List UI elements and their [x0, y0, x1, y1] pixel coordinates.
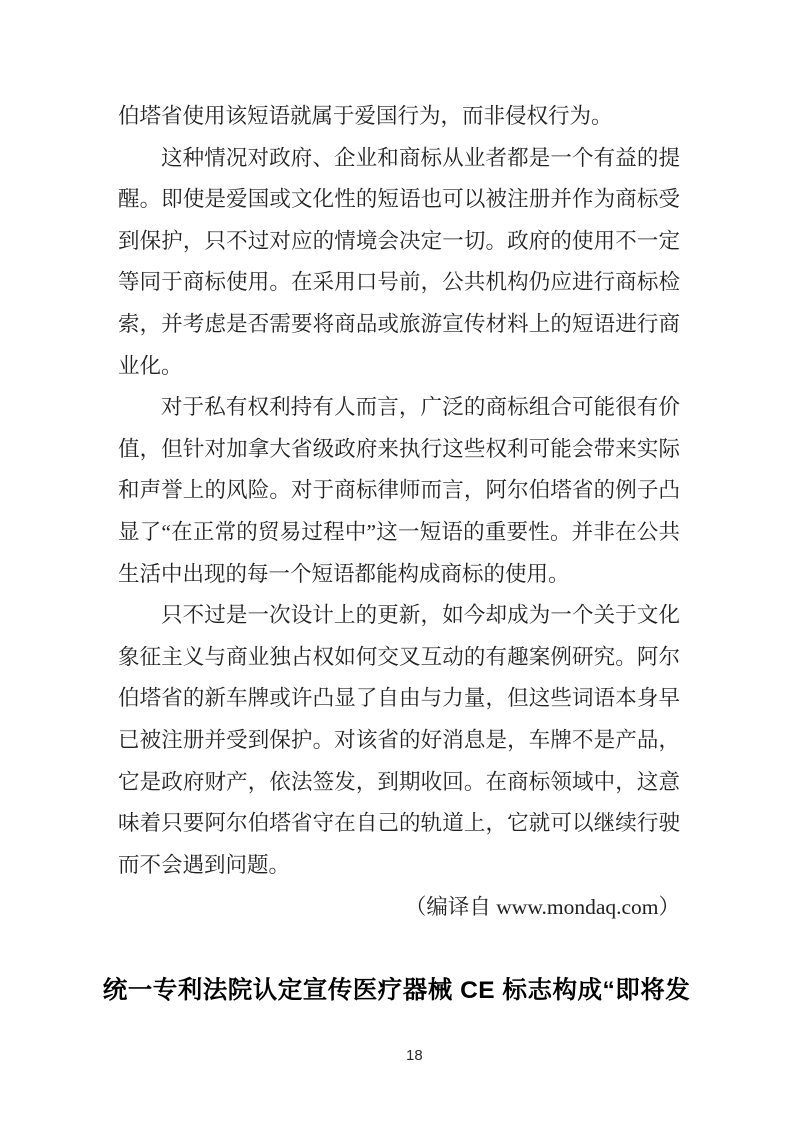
- body-paragraph: 对于私有权利持有人而言，广泛的商标组合可能很有价值，但针对加拿大省级政府来执行这…: [118, 387, 680, 595]
- body-paragraph: 只不过是一次设计上的更新，如今却成为一个关于文化象征主义与商业独占权如何交叉互动…: [118, 595, 680, 886]
- body-paragraph: 伯塔省使用该短语就属于爱国行为，而非侵权行为。: [118, 96, 680, 138]
- next-article-heading: 统一专利法院认定宣传医疗器械 CE 标志构成“即将发: [60, 969, 733, 1013]
- page-number: 18: [406, 1046, 423, 1066]
- document-page: 伯塔省使用该短语就属于爱国行为，而非侵权行为。这种情况对政府、企业和商标从业者都…: [0, 0, 793, 1122]
- body-paragraph: 这种情况对政府、企业和商标从业者都是一个有益的提醒。即使是爱国或文化性的短语也可…: [118, 138, 680, 388]
- source-attribution: （编译自 www.mondaq.com）: [118, 887, 680, 929]
- article-body: 伯塔省使用该短语就属于爱国行为，而非侵权行为。这种情况对政府、企业和商标从业者都…: [118, 96, 680, 886]
